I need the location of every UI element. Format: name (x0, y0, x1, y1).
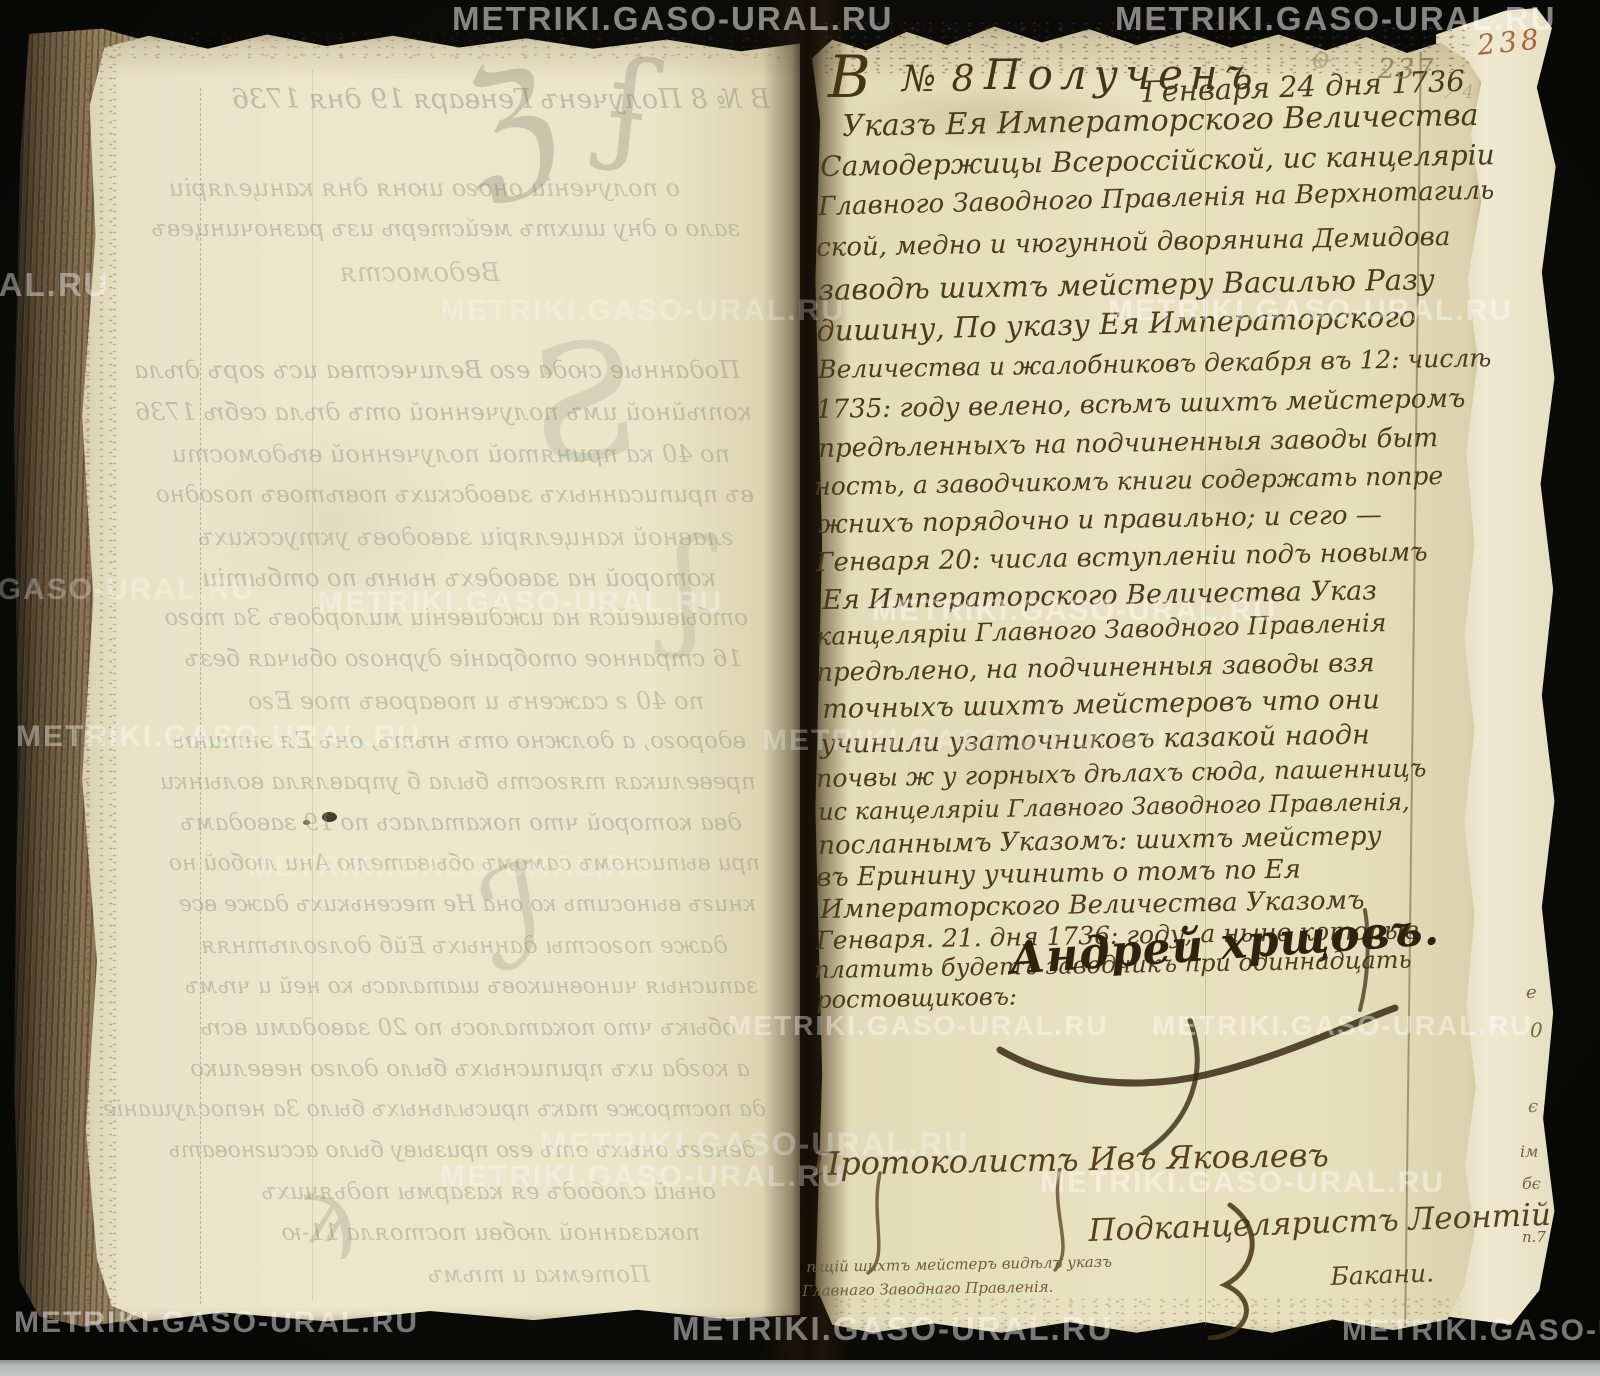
watermark-text: METRIKI.GASO-URAL.RU (762, 726, 1167, 756)
edge-fragment: е (1526, 984, 1537, 1002)
scanner-edge-strip (0, 1360, 1600, 1376)
watermark-text: METRIKI.GASO-URAL.RU (16, 722, 421, 752)
watermark-text: METRIKI.GASO-URAL.RU (318, 588, 723, 618)
watermark-text: METRIKI.GASO-URAL.RU (1115, 2, 1556, 35)
watermark-text: METRIKI.GASO-URAL.RU (248, 852, 653, 882)
header-registry-number: № 8 (902, 62, 976, 98)
watermark-text: METRIKI.GASO-URAL.RU (872, 596, 1277, 626)
folio-number-left: 237 (1378, 56, 1436, 83)
archival-book-photo: В № 8 Полученъ Генваря 19 дня 1736о полу… (0, 0, 1600, 1376)
watermark-text: METRIKI.GASO-URAL.RU (0, 268, 109, 301)
watermark-text: METRIKI.GASO-URAL.RU (14, 1308, 419, 1338)
marginal-note-line2: Главнаго Заводнаго Правленія. (802, 1280, 1054, 1299)
signature-podkanzelyarist-surname: Бакани. (1330, 1260, 1434, 1289)
edge-fragment: бє (1522, 1176, 1541, 1192)
watermark-text: METRIKI.GASO-URAL.RU (1108, 296, 1513, 326)
watermark-text: METRIKI.GASO-URAL.RU (440, 1162, 845, 1192)
edge-fragment: є (1528, 1098, 1538, 1116)
pencil-doodle: ϡ (298, 1164, 356, 1257)
watermark-text: METRIKI.GASO-URAL.RU (0, 575, 255, 605)
watermark-text: METRIKI.GASO-URAL.RU (1040, 1168, 1445, 1198)
ink-blot (322, 812, 337, 822)
watermark-text: METRIKI.GASO-URAL.RU (440, 296, 845, 326)
edge-fragment: п.7 (1522, 1230, 1546, 1245)
edge-fragment: ⟋ 4 (1444, 84, 1474, 102)
header-initial: В (828, 48, 871, 106)
edge-fragment: ім (1520, 1144, 1538, 1160)
watermark-text: METRIKI.GASO-URAL.RU (728, 1012, 1109, 1040)
ink-blot (303, 820, 310, 825)
watermark-text: METRIKI.GASO-URAL.RU (1342, 1316, 1600, 1346)
watermark-text: METRIKI.GASO-URAL.RU (1152, 1012, 1533, 1040)
manuscript-line: ростовщиковъ: (816, 984, 1017, 1011)
watermark-text: METRIKI.GASO-URAL.RU (540, 1128, 969, 1160)
pencil-doodle: Ƨ (520, 319, 646, 490)
watermark-text: METRIKI.GASO-URAL.RU (452, 2, 893, 35)
edge-fragment: ꝋ (1310, 44, 1331, 74)
watermark-text: METRIKI.GASO-URAL.RU (672, 1312, 1113, 1345)
